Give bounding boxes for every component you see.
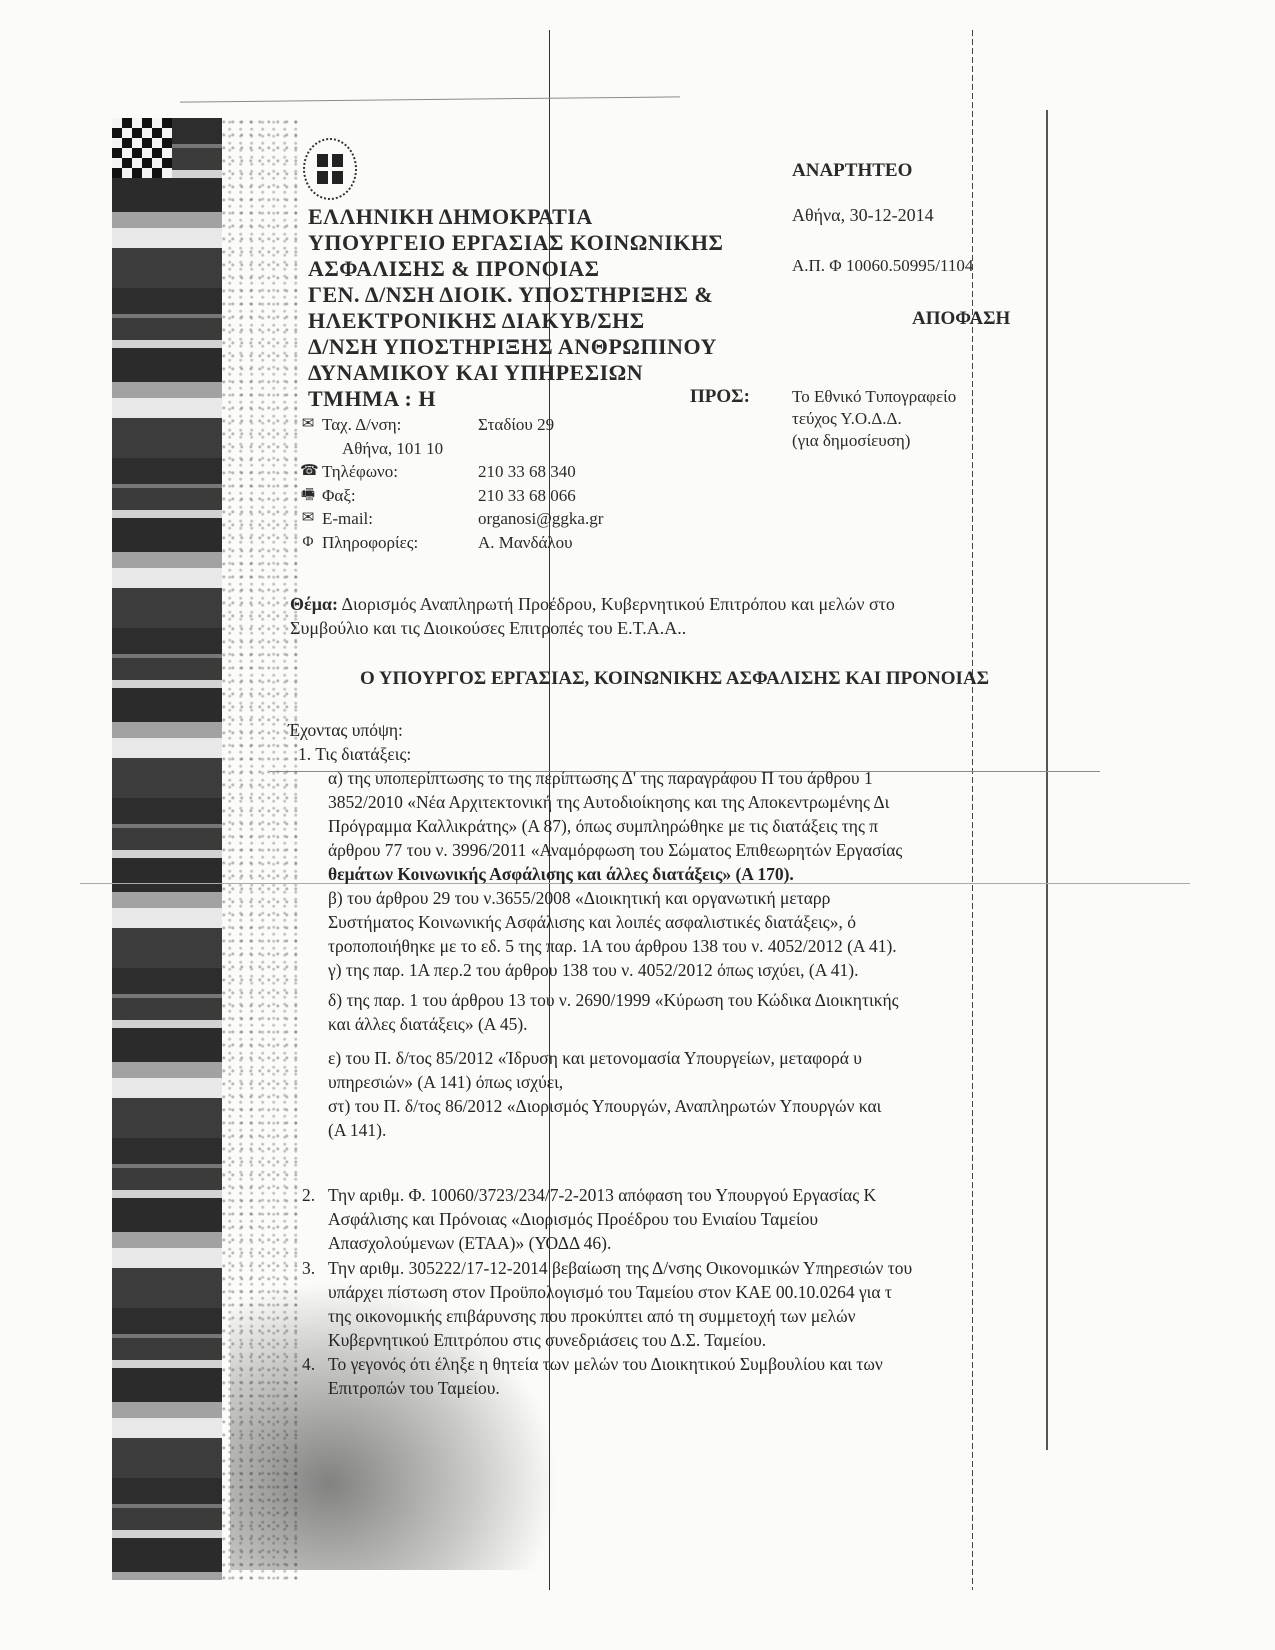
item-line: Επιτροπών του Ταμείου. xyxy=(328,1376,883,1400)
subject-line: Συμβούλιο και τις Διοικούσες Επιτροπές τ… xyxy=(290,616,1110,640)
provision-line: 3852/2010 «Νέα Αρχιτεκτονική της Αυτοδιο… xyxy=(328,790,902,814)
document-type: ΑΠΟΦΑΣΗ xyxy=(912,308,1010,330)
greek-coat-of-arms-icon xyxy=(303,138,357,200)
contact-details: ✉Ταχ. Δ/νση: Σταδίου 29 Αθήνα, 101 10 ☎Τ… xyxy=(300,413,603,554)
provision-line: υπηρεσιών» (Α 141) όπως ισχύει, xyxy=(328,1070,902,1094)
info-icon: Φ xyxy=(300,531,316,555)
place-date: Αθήνα, 30-12-2014 xyxy=(792,205,934,226)
fax-value: 210 33 68 066 xyxy=(478,484,576,508)
info-row: ΦΠληροφορίες: Α. Μανδάλου xyxy=(300,531,603,555)
provision-line: ε) του Π. δ/τος 85/2012 «Ίδρυση και μετο… xyxy=(328,1046,902,1070)
item-number: 3. xyxy=(302,1256,315,1280)
recipient-line: (για δημοσίευση) xyxy=(792,430,956,452)
email-label: E-mail: xyxy=(322,507,373,531)
item-line: Κυβερνητικού Επιτρόπου στις συνεδριάσεις… xyxy=(328,1328,912,1352)
body-intro: Έχοντας υπόψη: xyxy=(288,718,403,742)
fax-row: 🖷Φαξ: 210 33 68 066 xyxy=(300,484,603,508)
email-row: ✉E-mail: organosi@ggka.gr xyxy=(300,507,603,531)
scan-edge-line xyxy=(1046,110,1048,1450)
item-1-provisions: α) της υποπερίπτωσης το της περίπτωσης Δ… xyxy=(328,766,902,1142)
address-label: Ταχ. Δ/νση: xyxy=(322,413,401,437)
phone-value: 210 33 68 340 xyxy=(478,460,576,484)
item-number: 2. xyxy=(302,1183,315,1207)
city-value: Αθήνα, 101 10 xyxy=(342,437,443,461)
provision-line: γ) της παρ. 1Α περ.2 του άρθρου 138 του … xyxy=(328,958,902,982)
provision-line: α) της υποπερίπτωσης το της περίπτωσης Δ… xyxy=(328,766,902,790)
org-line: ΔΥΝΑΜΙΚΟΥ ΚΑΙ ΥΠΗΡΕΣΙΩΝ xyxy=(308,360,723,386)
phone-label: Τηλέφωνο: xyxy=(322,460,398,484)
email-value: organosi@ggka.gr xyxy=(478,507,603,531)
scan-noise-strip xyxy=(112,118,222,1580)
item-line: Το γεγονός ότι έληξε η θητεία των μελών … xyxy=(328,1352,883,1376)
provision-line: θεμάτων Κοινωνικής Ασφάλισης και άλλες δ… xyxy=(328,862,902,886)
protocol-number: Α.Π. Φ 10060.50995/1104 xyxy=(792,256,973,276)
item-line: Απασχολούμενων (ΕΤΑΑ)» (ΥΟΔΔ 46). xyxy=(328,1231,876,1255)
recipient-prefix: ΠΡΟΣ: xyxy=(690,386,750,408)
recipient-line: τεύχος Υ.Ο.Δ.Δ. xyxy=(792,408,956,430)
item-3: 3. Την αριθμ. 305222/17-12-2014 βεβαίωση… xyxy=(328,1256,912,1352)
provision-line: άρθρου 77 του ν. 3996/2011 «Αναμόρφωση τ… xyxy=(328,838,902,862)
provision-line: (Α 141). xyxy=(328,1118,902,1142)
org-line: ΥΠΟΥΡΓΕΙΟ ΕΡΓΑΣΙΑΣ ΚΟΙΝΩΝΙΚΗΣ xyxy=(308,230,723,256)
phone-icon: ☎ xyxy=(300,460,316,484)
provision-line: τροποποιήθηκε με το εδ. 5 της παρ. 1Α το… xyxy=(328,934,902,958)
recipient: Το Εθνικό Τυπογραφείο τεύχος Υ.Ο.Δ.Δ. (γ… xyxy=(792,386,956,452)
subject: Θέμα: Διορισμός Αναπληρωτή Προέδρου, Κυβ… xyxy=(290,592,1110,640)
item-line: Την αριθμ. Φ. 10060/3723/234/7-2-2013 απ… xyxy=(328,1183,876,1207)
mail-icon: ✉ xyxy=(300,413,316,437)
provision-line: Συστήματος Κοινωνικής Ασφάλισης και λοιπ… xyxy=(328,910,902,934)
minister-heading: Ο ΥΠΟΥΡΓΟΣ ΕΡΓΑΣΙΑΣ, ΚΟΙΝΩΝΙΚΗΣ ΑΣΦΑΛΙΣΗ… xyxy=(360,668,989,690)
item-line: της οικονομικής επιβάρυνσης που προκύπτε… xyxy=(328,1304,912,1328)
provision-line: β) του άρθρου 29 του ν.3655/2008 «Διοικη… xyxy=(328,886,902,910)
item-title: Τις διατάξεις: xyxy=(315,744,411,764)
posting-label: ΑΝΑΡΤΗΤΕΟ xyxy=(792,160,912,182)
provision-line: δ) της παρ. 1 του άρθρου 13 του ν. 2690/… xyxy=(328,988,902,1012)
info-label: Πληροφορίες: xyxy=(322,531,418,555)
recipient-line: Το Εθνικό Τυπογραφείο xyxy=(792,386,956,408)
info-value: Α. Μανδάλου xyxy=(478,531,573,555)
scan-checker-pattern xyxy=(112,118,172,178)
provision-line: στ) του Π. δ/τος 86/2012 «Διορισμός Υπου… xyxy=(328,1094,902,1118)
subject-label: Θέμα: xyxy=(290,594,338,614)
item-line: Την αριθμ. 305222/17-12-2014 βεβαίωση τη… xyxy=(328,1256,912,1280)
item-line: υπάρχει πίστωση στον Προϋπολογισμό του Τ… xyxy=(328,1280,912,1304)
issuing-authority: ΕΛΛΗΝΙΚΗ ΔΗΜΟΚΡΑΤΙΑ ΥΠΟΥΡΓΕΙΟ ΕΡΓΑΣΙΑΣ Κ… xyxy=(308,204,723,412)
item-line: Ασφάλισης και Πρόνοιας «Διορισμός Προέδρ… xyxy=(328,1207,876,1231)
org-line: ΗΛΕΚΤΡΟΝΙΚΗΣ ΔΙΑΚΥΒ/ΣΗΣ xyxy=(308,308,723,334)
computer-icon: ✉ xyxy=(300,507,316,531)
provision-line: Πρόγραμμα Καλλικράτης» (Α 87), όπως συμπ… xyxy=(328,814,902,838)
address-row: ✉Ταχ. Δ/νση: Σταδίου 29 xyxy=(300,413,603,437)
fax-label: Φαξ: xyxy=(322,484,356,508)
org-line: Δ/ΝΣΗ ΥΠΟΣΤΗΡΙΞΗΣ ΑΝΘΡΩΠΙΝΟΥ xyxy=(308,334,723,360)
org-line: ΕΛΛΗΝΙΚΗ ΔΗΜΟΚΡΑΤΙΑ xyxy=(308,204,723,230)
subject-line: Διορισμός Αναπληρωτή Προέδρου, Κυβερνητι… xyxy=(341,594,894,614)
city-row: Αθήνα, 101 10 xyxy=(300,437,603,461)
org-line: ΤΜΗΜΑ : Η xyxy=(308,386,723,412)
address-value: Σταδίου 29 xyxy=(478,413,554,437)
org-line: ΑΣΦΑΛΙΣΗΣ & ΠΡΟΝΟΙΑΣ xyxy=(308,256,723,282)
provision-line: και άλλες διατάξεις» (Α 45). xyxy=(328,1012,902,1036)
fax-icon: 🖷 xyxy=(300,484,316,508)
item-4: 4. Το γεγονός ότι έληξε η θητεία των μελ… xyxy=(328,1352,883,1400)
scan-top-line xyxy=(180,96,680,102)
item-1: 1. Τις διατάξεις: xyxy=(298,742,411,766)
item-number: 1. xyxy=(298,744,311,764)
org-line: ΓΕΝ. Δ/ΝΣΗ ΔΙΟΙΚ. ΥΠΟΣΤΗΡΙΞΗΣ & xyxy=(308,282,723,308)
item-number: 4. xyxy=(302,1352,315,1376)
phone-row: ☎Τηλέφωνο: 210 33 68 340 xyxy=(300,460,603,484)
item-2: 2. Την αριθμ. Φ. 10060/3723/234/7-2-2013… xyxy=(328,1183,876,1255)
